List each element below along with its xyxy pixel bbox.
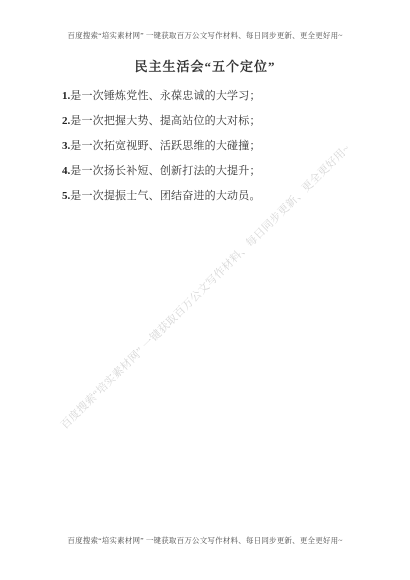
document-page: 百度搜索“培实素材网” 一键获取百万公文写作材料、每日同步更新、更全更好用~ 百…: [0, 0, 410, 580]
definition-list: 1.是一次锤炼党性、永葆忠诚的大学习； 2.是一次把握大势、提高站位的大对标； …: [62, 84, 380, 209]
list-item: 5.是一次提振士气、团结奋进的大动员。: [62, 184, 380, 209]
item-text: 是一次扬长补短、创新打法的大提升；: [70, 165, 260, 177]
item-text: 是一次锤炼党性、永葆忠诚的大学习；: [70, 90, 260, 102]
item-number: 5.: [62, 190, 70, 202]
item-text: 是一次拓宽视野、活跃思维的大碰撞；: [70, 140, 260, 152]
item-number: 1.: [62, 90, 70, 102]
item-text: 是一次提振士气、团结奋进的大动员。: [70, 190, 260, 202]
list-item: 2.是一次把握大势、提高站位的大对标；: [62, 109, 380, 134]
item-number: 3.: [62, 140, 70, 152]
promo-banner-bottom: 百度搜索“培实素材网” 一键获取百万公文写作材料、每日同步更新、更全更好用~: [0, 535, 410, 546]
list-item: 4.是一次扬长补短、创新打法的大提升；: [62, 159, 380, 184]
item-number: 4.: [62, 165, 70, 177]
page-title: 民主生活会“五个定位”: [0, 56, 410, 75]
item-text: 是一次把握大势、提高站位的大对标；: [70, 115, 260, 127]
item-number: 2.: [62, 115, 70, 127]
list-item: 1.是一次锤炼党性、永葆忠诚的大学习；: [62, 84, 380, 109]
list-item: 3.是一次拓宽视野、活跃思维的大碰撞；: [62, 134, 380, 159]
promo-banner-top: 百度搜索“培实素材网” 一键获取百万公文写作材料、每日同步更新、更全更好用~: [0, 30, 410, 41]
